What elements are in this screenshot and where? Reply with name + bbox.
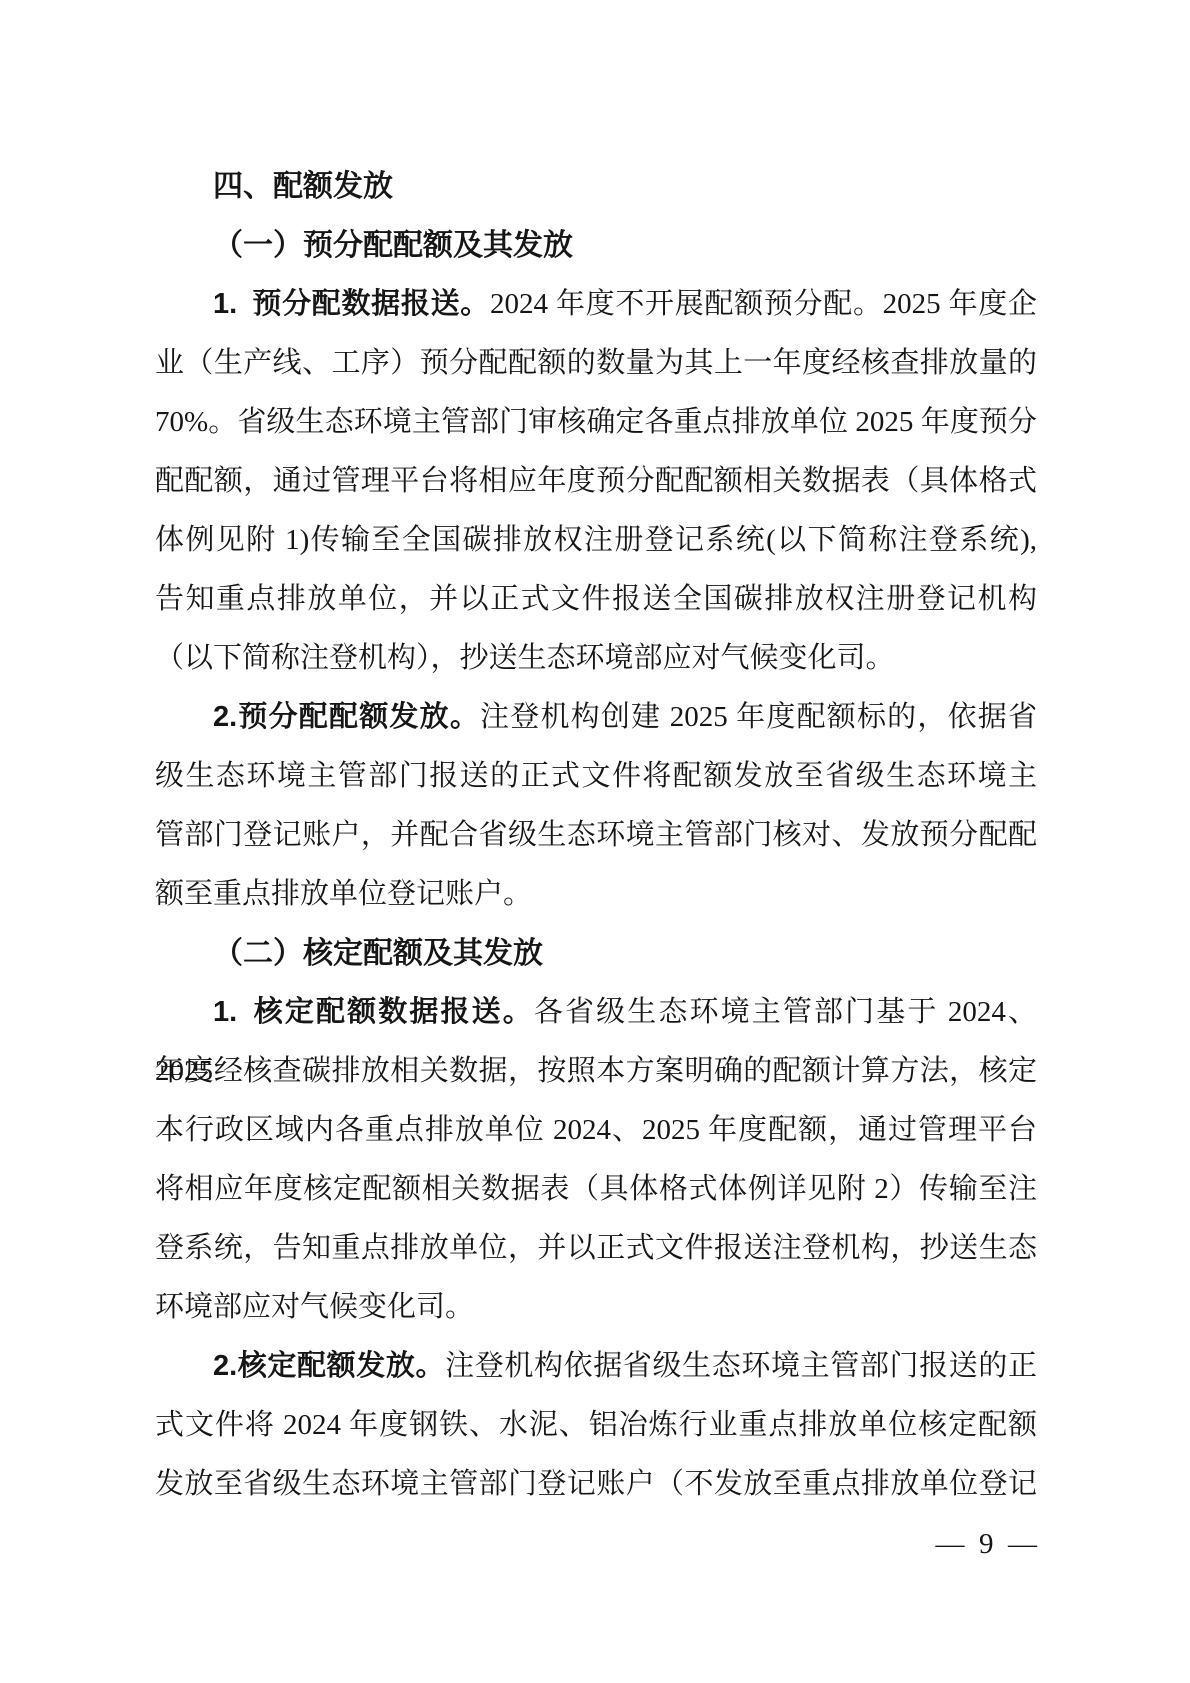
paragraph-lead: 1. 预分配数据报送。 xyxy=(213,288,490,320)
paragraph-text: 2024 年度不开展配额预分配。2025 年度企 xyxy=(490,288,1037,320)
paragraph-line: 年度经核查碳排放相关数据，按照本方案明确的配额计算方法，核定 xyxy=(155,1042,1037,1101)
paragraph-line: 额至重点排放单位登记账户。 xyxy=(155,865,1037,924)
paragraph-line: 将相应年度核定配额相关数据表（具体格式体例详见附 2）传输至注 xyxy=(155,1160,1037,1219)
paragraph-lead: 2.预分配配额发放。 xyxy=(213,701,480,733)
paragraph-text: 注登机构依据省级生态环境主管部门报送的正 xyxy=(445,1350,1037,1382)
paragraph-line: （以下简称注登机构），抄送生态环境部应对气候变化司。 xyxy=(155,629,1037,688)
paragraph-line: 体例见附 1)传输至全国碳排放权注册登记系统(以下简称注登系统), xyxy=(155,511,1037,570)
paragraph-line: 发放至省级生态环境主管部门登记账户（不发放至重点排放单位登记 xyxy=(155,1455,1037,1514)
document-page: 四、配额发放 （一）预分配配额及其发放 1. 预分配数据报送。2024 年度不开… xyxy=(0,0,1190,1683)
paragraph-line: 登系统，告知重点排放单位，并以正式文件报送注登机构，抄送生态 xyxy=(155,1219,1037,1278)
paragraph-line: 2.预分配配额发放。注登机构创建 2025 年度配额标的，依据省 xyxy=(155,688,1037,747)
paragraph-line: 式文件将 2024 年度钢铁、水泥、铝冶炼行业重点排放单位核定配额 xyxy=(155,1396,1037,1455)
page-number: — 9 — xyxy=(155,1515,1037,1574)
paragraph-line: 本行政区域内各重点排放单位 2024、2025 年度配额，通过管理平台 xyxy=(155,1101,1037,1160)
document-body: 四、配额发放 （一）预分配配额及其发放 1. 预分配数据报送。2024 年度不开… xyxy=(155,157,1037,1514)
section-heading: 四、配额发放 xyxy=(155,157,1037,216)
paragraph-line: 业（生产线、工序）预分配配额的数量为其上一年度经核查排放量的 xyxy=(155,334,1037,393)
paragraph-line: 管部门登记账户，并配合省级生态环境主管部门核对、发放预分配配 xyxy=(155,806,1037,865)
paragraph-line: 2.核定配额发放。注登机构依据省级生态环境主管部门报送的正 xyxy=(155,1337,1037,1396)
paragraph-line: 级生态环境主管部门报送的正式文件将配额发放至省级生态环境主 xyxy=(155,747,1037,806)
paragraph-line: 70%。省级生态环境主管部门审核确定各重点排放单位 2025 年度预分 xyxy=(155,393,1037,452)
paragraph-lead: 2.核定配额发放。 xyxy=(213,1350,445,1382)
subsection-heading-1: （一）预分配配额及其发放 xyxy=(155,216,1037,275)
subsection-heading-2: （二）核定配额及其发放 xyxy=(155,924,1037,983)
paragraph-line: 配配额，通过管理平台将相应年度预分配配额相关数据表（具体格式 xyxy=(155,452,1037,511)
paragraph-line: 环境部应对气候变化司。 xyxy=(155,1278,1037,1337)
paragraph-text: 注登机构创建 2025 年度配额标的，依据省 xyxy=(480,701,1037,733)
paragraph-lead: 1. 核定配额数据报送。 xyxy=(213,996,534,1028)
paragraph-line: 1. 核定配额数据报送。各省级生态环境主管部门基于 2024、2025 xyxy=(155,983,1037,1042)
paragraph-line: 1. 预分配数据报送。2024 年度不开展配额预分配。2025 年度企 xyxy=(155,275,1037,334)
paragraph-line: 告知重点排放单位，并以正式文件报送全国碳排放权注册登记机构 xyxy=(155,570,1037,629)
